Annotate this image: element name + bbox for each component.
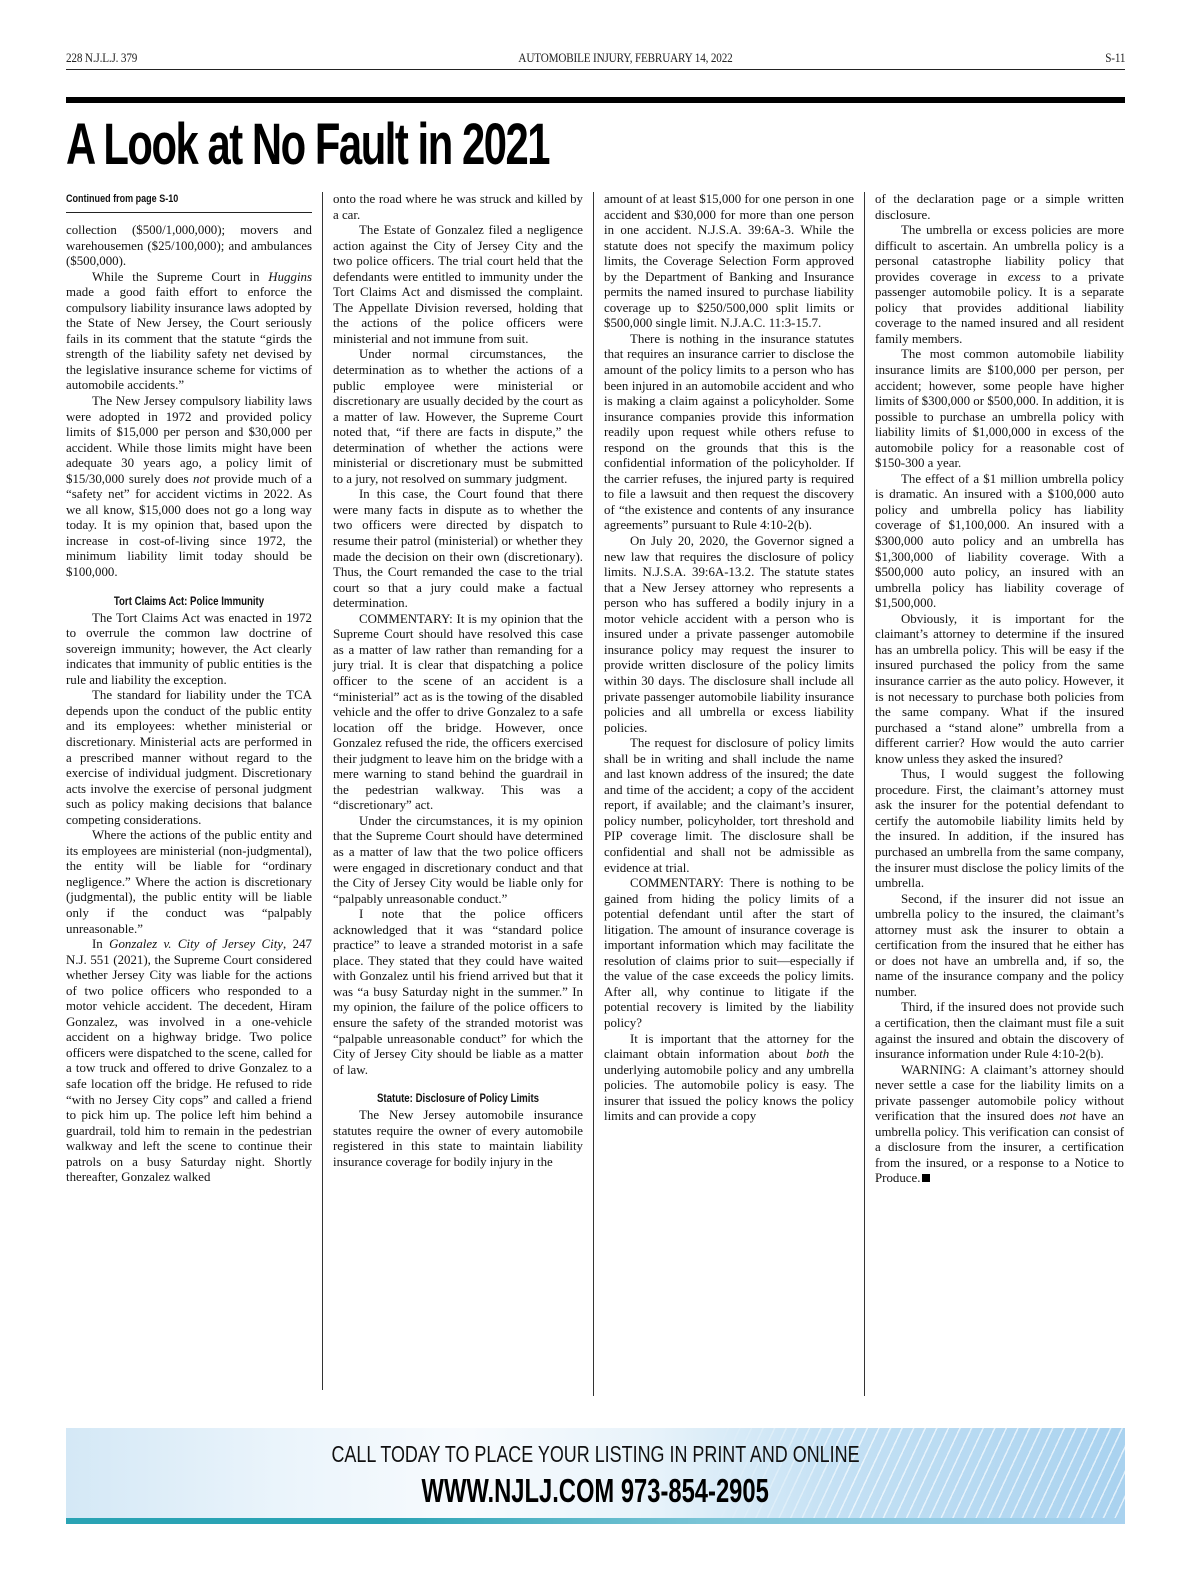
article-body: Continued from page S-10 collection ($50… [66,192,1125,1396]
paragraph: There is nothing in the insurance statut… [604,332,854,534]
paragraph: The request for disclosure of policy lim… [604,736,854,876]
paragraph: COMMENTARY: There is nothing to be gaine… [604,876,854,1031]
paragraph: The New Jersey compulsory liability laws… [66,394,312,581]
paragraph: The Tort Claims Act was enacted in 1972 … [66,611,312,689]
paragraph: Thus, I would suggest the following proc… [875,767,1124,891]
column-3: amount of at least $15,000 for one perso… [593,192,854,1396]
page-number: S-11 [1105,50,1125,66]
column-1: Continued from page S-10 collection ($50… [66,192,312,1396]
paragraph: amount of at least $15,000 for one perso… [604,192,854,332]
paragraph: I note that the police officers acknowle… [333,907,583,1078]
paragraph: Obviously, it is important for the claim… [875,612,1124,767]
end-of-article-icon [922,1174,930,1182]
citation: 228 N.J.L.J. 379 [66,50,137,66]
continued-rule [66,212,312,213]
headline-rule [66,97,1125,103]
paragraph: In Gonzalez v. City of Jersey City, 247 … [66,937,312,1186]
banner-contact[interactable]: WWW.NJLJ.COM 973-854-2905 [66,1472,1125,1510]
paragraph: Third, if the insured does not provide s… [875,1000,1124,1062]
section-subhead: Statute: Disclosure of Policy Limits [353,1092,563,1106]
paragraph: The effect of a $1 million umbrella poli… [875,472,1124,612]
paragraph: In this case, the Court found that there… [333,487,583,611]
paragraph: While the Supreme Court in Huggins made … [66,270,312,394]
paragraph: Where the actions of the public entity a… [66,828,312,937]
paragraph: Second, if the insurer did not issue an … [875,892,1124,1001]
section-date: AUTOMOBILE INJURY, FEBRUARY 14, 2022 [518,50,732,66]
paragraph: The umbrella or excess policies are more… [875,223,1124,347]
article-headline: A Look at No Fault in 2021 [66,111,549,179]
running-head: 228 N.J.L.J. 379 AUTOMOBILE INJURY, FEBR… [66,50,1125,70]
paragraph: onto the road where he was struck and ki… [333,192,583,223]
paragraph: The New Jersey automobile insurance stat… [333,1108,583,1170]
paragraph: Under the circumstances, it is my opinio… [333,814,583,907]
continued-from-label: Continued from page S-10 [66,192,268,208]
paragraph: Under normal circumstances, the determin… [333,347,583,487]
advertisement-banner[interactable]: CALL TODAY TO PLACE YOUR LISTING IN PRIN… [66,1428,1125,1524]
paragraph: The most common automobile liability ins… [875,347,1124,471]
banner-call-to-action: CALL TODAY TO PLACE YOUR LISTING IN PRIN… [66,1441,1125,1468]
paragraph: It is important that the attorney for th… [604,1032,854,1125]
column-2: onto the road where he was struck and ki… [322,192,583,1390]
paragraph: COMMENTARY: It is my opinion that the Su… [333,612,583,814]
paragraph: The standard for liability under the TCA… [66,688,312,828]
paragraph: of the declaration page or a simple writ… [875,192,1124,223]
paragraph: collection ($500/1,000,000); movers and … [66,223,312,270]
section-subhead: Tort Claims Act: Police Immunity [86,595,293,609]
column-4: of the declaration page or a simple writ… [864,192,1124,1396]
paragraph: On July 20, 2020, the Governor signed a … [604,534,854,736]
paragraph: The Estate of Gonzalez filed a negligenc… [333,223,583,347]
paragraph: WARNING: A claimant’s attorney should ne… [875,1063,1124,1187]
banner-accent-bar [66,1518,1125,1524]
